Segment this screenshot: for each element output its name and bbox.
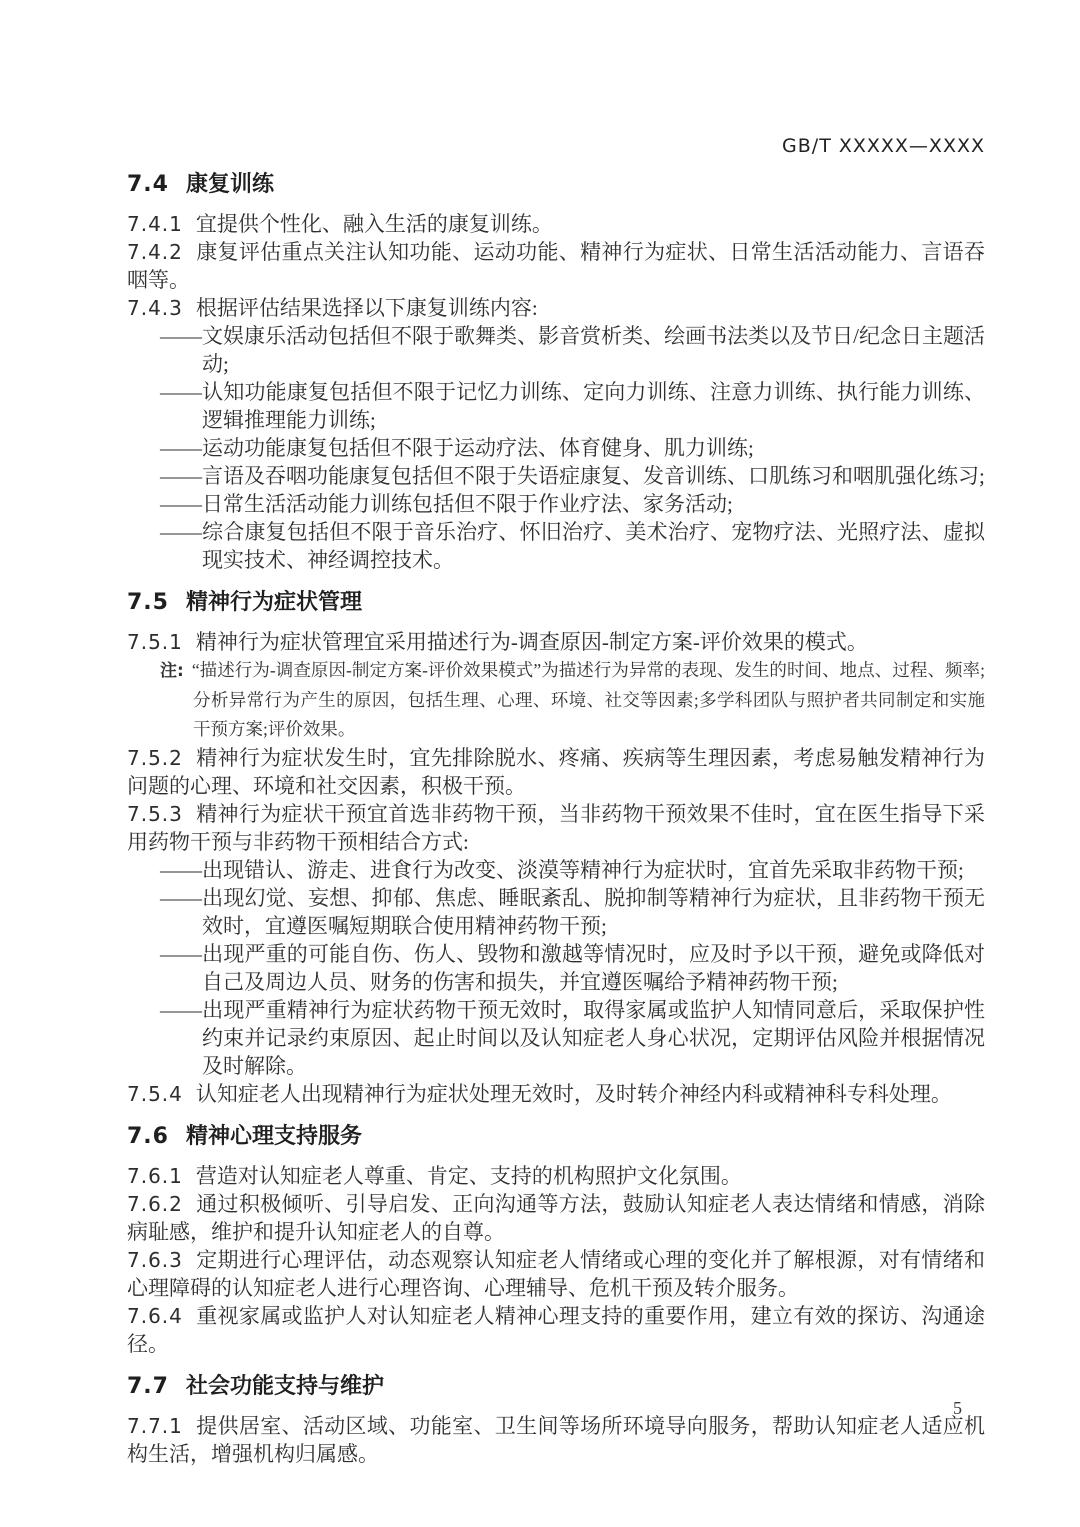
list-item: ——出现幻觉、妄想、抑郁、焦虑、睡眠紊乱、脱抑制等精神行为症状，且非药物干预无效… [127,884,985,940]
list-item-text: 出现严重的可能自伤、伤人、毁物和激越等情况时，应及时予以干预，避免或降低对自己及… [202,942,985,994]
list-item: ——综合康复包括但不限于音乐治疗、怀旧治疗、美术治疗、宠物疗法、光照疗法、虚拟现… [127,518,985,574]
list-item-text: 日常生活活动能力训练包括但不限于作业疗法、家务活动; [202,492,733,516]
clause-number: 7.5.2 [127,746,183,770]
heading-number: 7.4 [127,172,169,197]
clause-text: 康复评估重点关注认知功能、运动功能、精神行为症状、日常生活活动能力、言语吞咽等。 [127,240,985,292]
clause-text: 精神行为症状管理宜采用描述行为-调查原因-制定方案-评价效果的模式。 [196,630,868,654]
clause-text: 重视家属或监护人对认知症老人精神心理支持的重要作用，建立有效的探访、沟通途径。 [127,1304,985,1356]
heading-7-7: 7.7社会功能支持与维护 [127,1372,985,1402]
clause-number: 7.6.2 [127,1192,183,1216]
heading-number: 7.7 [127,1374,169,1399]
clause-number: 7.4.2 [127,240,183,264]
clause-number: 7.5.3 [127,802,183,826]
dash-marker: —— [160,942,202,966]
dash-marker: —— [160,380,202,404]
clause-text: 定期进行心理评估，动态观察认知症老人情绪或心理的变化并了解根源，对有情绪和心理障… [127,1248,985,1300]
clause-number: 7.6.3 [127,1248,183,1272]
heading-7-5: 7.5精神行为症状管理 [127,588,985,618]
list-item-text: 综合康复包括但不限于音乐治疗、怀旧治疗、美术治疗、宠物疗法、光照疗法、虚拟现实技… [202,520,985,572]
list-item-text: 运动功能康复包括但不限于运动疗法、体育健身、肌力训练; [202,436,754,460]
clause-7-4-1: 7.4.1宜提供个性化、融入生活的康复训练。 [127,210,985,238]
list-item: ——认知功能康复包括但不限于记忆力训练、定向力训练、注意力训练、执行能力训练、逻… [127,378,985,434]
clause-7-5-3: 7.5.3精神行为症状干预宜首选非药物干预，当非药物干预效果不佳时，宜在医生指导… [127,800,985,856]
clause-number: 7.6.4 [127,1304,183,1328]
page-number: 5 [953,1398,962,1418]
list-item-text: 出现幻觉、妄想、抑郁、焦虑、睡眠紊乱、脱抑制等精神行为症状，且非药物干预无效时，… [202,886,985,938]
note-text: “描述行为-调查原因-制定方案-评价效果模式”为描述行为异常的表现、发生的时间、… [192,660,985,739]
heading-title: 精神行为症状管理 [186,590,362,615]
standard-number-header: GB/T XXXXX—XXXX [127,136,985,156]
list-item-text: 出现错认、游走、进食行为改变、淡漠等精神行为症状时，宜首先采取非药物干预; [202,858,964,882]
dash-marker: —— [160,858,202,882]
list-item: ——运动功能康复包括但不限于运动疗法、体育健身、肌力训练; [127,434,985,462]
clause-text: 精神行为症状干预宜首选非药物干预，当非药物干预效果不佳时，宜在医生指导下采用药物… [127,802,985,854]
clause-7-5-4: 7.5.4认知症老人出现精神行为症状处理无效时，及时转介神经内科或精神科专科处理… [127,1080,985,1108]
heading-number: 7.5 [127,590,169,615]
clause-number: 7.7.1 [127,1414,183,1438]
note-label: 注: [160,661,184,681]
document-page: GB/T XXXXX—XXXX 7.4康复训练 7.4.1宜提供个性化、融入生活… [0,0,1080,1527]
note-block: 注:“描述行为-调查原因-制定方案-评价效果模式”为描述行为异常的表现、发生的时… [127,656,985,744]
list-item-text: 认知功能康复包括但不限于记忆力训练、定向力训练、注意力训练、执行能力训练、逻辑推… [202,380,985,432]
clause-number: 7.4.3 [127,296,183,320]
clause-7-4-3: 7.4.3根据评估结果选择以下康复训练内容: [127,294,985,322]
clause-text: 通过积极倾听、引导启发、正向沟通等方法，鼓励认知症老人表达情绪和情感，消除病耻感… [127,1192,985,1244]
clause-7-6-1: 7.6.1营造对认知症老人尊重、肯定、支持的机构照护文化氛围。 [127,1162,985,1190]
clause-number: 7.4.1 [127,212,183,236]
list-item-text: 文娱康乐活动包括但不限于歌舞类、影音赏析类、绘画书法类以及节日/纪念日主题活动; [202,324,985,376]
clause-number: 7.5.4 [127,1082,183,1106]
clause-text: 根据评估结果选择以下康复训练内容: [196,296,538,320]
heading-title: 精神心理支持服务 [186,1124,362,1149]
list-item-text: 出现严重精神行为症状药物干预无效时，取得家属或监护人知情同意后，采取保护性约束并… [202,998,985,1078]
list-item-text: 言语及吞咽功能康复包括但不限于失语症康复、发音训练、口肌练习和咽肌强化练习; [202,464,985,488]
clause-7-6-3: 7.6.3定期进行心理评估，动态观察认知症老人情绪或心理的变化并了解根源，对有情… [127,1246,985,1302]
heading-title: 康复训练 [186,172,274,197]
heading-number: 7.6 [127,1124,169,1149]
dash-marker: —— [160,436,202,460]
clause-7-5-1: 7.5.1精神行为症状管理宜采用描述行为-调查原因-制定方案-评价效果的模式。 [127,628,985,656]
clause-7-5-2: 7.5.2精神行为症状发生时，宜先排除脱水、疼痛、疾病等生理因素，考虑易触发精神… [127,744,985,800]
list-item: ——出现错认、游走、进食行为改变、淡漠等精神行为症状时，宜首先采取非药物干预; [127,856,985,884]
clause-number: 7.5.1 [127,630,183,654]
clause-text: 精神行为症状发生时，宜先排除脱水、疼痛、疾病等生理因素，考虑易触发精神行为问题的… [127,746,985,798]
heading-title: 社会功能支持与维护 [186,1374,384,1399]
heading-7-6: 7.6精神心理支持服务 [127,1122,985,1152]
list-item: ——日常生活活动能力训练包括但不限于作业疗法、家务活动; [127,490,985,518]
clause-text: 提供居室、活动区域、功能室、卫生间等场所环境导向服务，帮助认知症老人适应机构生活… [127,1414,985,1466]
dash-marker: —— [160,520,202,544]
dash-marker: —— [160,492,202,516]
dash-marker: —— [160,324,202,348]
heading-7-4: 7.4康复训练 [127,170,985,200]
clause-7-7-1: 7.7.1提供居室、活动区域、功能室、卫生间等场所环境导向服务，帮助认知症老人适… [127,1412,985,1468]
dash-marker: —— [160,886,202,910]
clause-7-4-2: 7.4.2康复评估重点关注认知功能、运动功能、精神行为症状、日常生活活动能力、言… [127,238,985,294]
clause-text: 宜提供个性化、融入生活的康复训练。 [196,212,553,236]
list-item: ——出现严重精神行为症状药物干预无效时，取得家属或监护人知情同意后，采取保护性约… [127,996,985,1080]
list-item: ——文娱康乐活动包括但不限于歌舞类、影音赏析类、绘画书法类以及节日/纪念日主题活… [127,322,985,378]
list-item: ——言语及吞咽功能康复包括但不限于失语症康复、发音训练、口肌练习和咽肌强化练习; [127,462,985,490]
clause-7-6-4: 7.6.4重视家属或监护人对认知症老人精神心理支持的重要作用，建立有效的探访、沟… [127,1302,985,1358]
clause-text: 认知症老人出现精神行为症状处理无效时，及时转介神经内科或精神科专科处理。 [196,1082,952,1106]
dash-marker: —— [160,998,202,1022]
clause-text: 营造对认知症老人尊重、肯定、支持的机构照护文化氛围。 [196,1164,742,1188]
clause-number: 7.6.1 [127,1164,183,1188]
dash-marker: —— [160,464,202,488]
clause-7-6-2: 7.6.2通过积极倾听、引导启发、正向沟通等方法，鼓励认知症老人表达情绪和情感，… [127,1190,985,1246]
list-item: ——出现严重的可能自伤、伤人、毁物和激越等情况时，应及时予以干预，避免或降低对自… [127,940,985,996]
